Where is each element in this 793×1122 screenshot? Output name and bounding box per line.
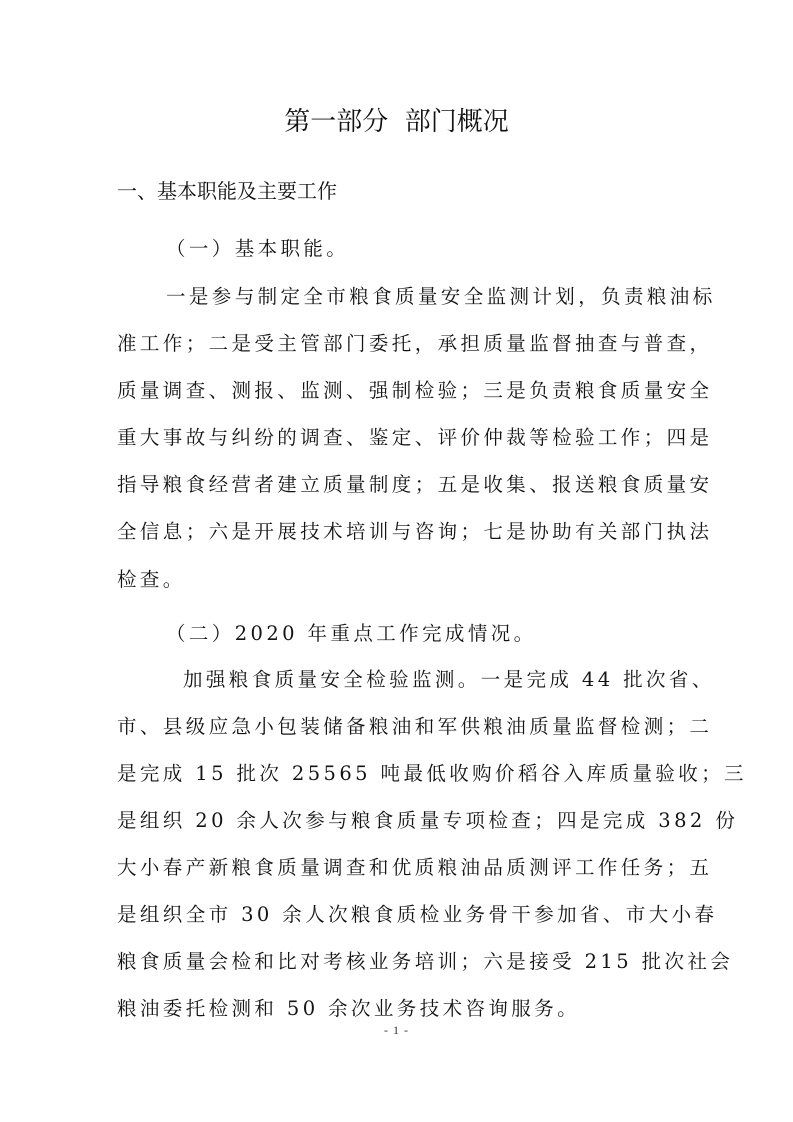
paragraph-line: 市、县级应急小包装储备粮油和军供粮油质量监督检测；二 [117,713,712,741]
paragraph-line: 是完成 15 批次 25565 吨最低收购价稻谷入库质量验收；三 [117,760,747,788]
paragraph-line: 一是参与制定全市粮食质量安全监测计划，负责粮油标 [166,283,716,311]
document-page: 第一部分 部门概况 一、基本职能及主要工作 （一）基本职能。 一是参与制定全市粮… [0,0,793,1122]
paragraph-line: 是组织 20 余人次参与粮食质量专项检查；四是完成 382 份 [117,807,738,835]
paragraph-line: 检查。 [117,566,186,594]
paragraph-line: 全信息；六是开展技术培训与咨询；七是协助有关部门执法 [117,518,712,546]
page-number: - 1 - [0,1023,793,1038]
paragraph-line: 大小春产新粮食质量调查和优质粮油品质测评工作任务；五 [117,854,712,882]
paragraph-line: 是组织全市 30 余人次粮食质检业务骨干参加省、市大小春 [117,901,717,929]
paragraph-line: 重大事故与纠纷的调查、鉴定、评价仲裁等检验工作；四是 [117,424,712,452]
paragraph-line: 质量调查、测报、监测、强制检验；三是负责粮食质量安全 [117,377,712,405]
page-title: 第一部分 部门概况 [0,104,793,140]
subsection-heading-2020-work: （二）2020 年重点工作完成情况。 [166,620,537,648]
paragraph-line: 粮食质量会检和比对考核业务培训；六是接受 215 批次社会 [117,948,733,976]
subsection-heading-basic-functions: （一）基本职能。 [166,235,349,263]
paragraph-line: 准工作；二是受主管部门委托，承担质量监督抽查与普查， [117,330,712,358]
paragraph-line: 粮油委托检测和 50 余次业务技术咨询服务。 [117,995,580,1023]
section-heading: 一、基本职能及主要工作 [117,176,337,206]
paragraph-line: 加强粮食质量安全检验监测。一是完成 44 批次省、 [183,666,715,694]
paragraph-line: 指导粮食经营者建立质量制度；五是收集、报送粮食质量安 [117,471,712,499]
